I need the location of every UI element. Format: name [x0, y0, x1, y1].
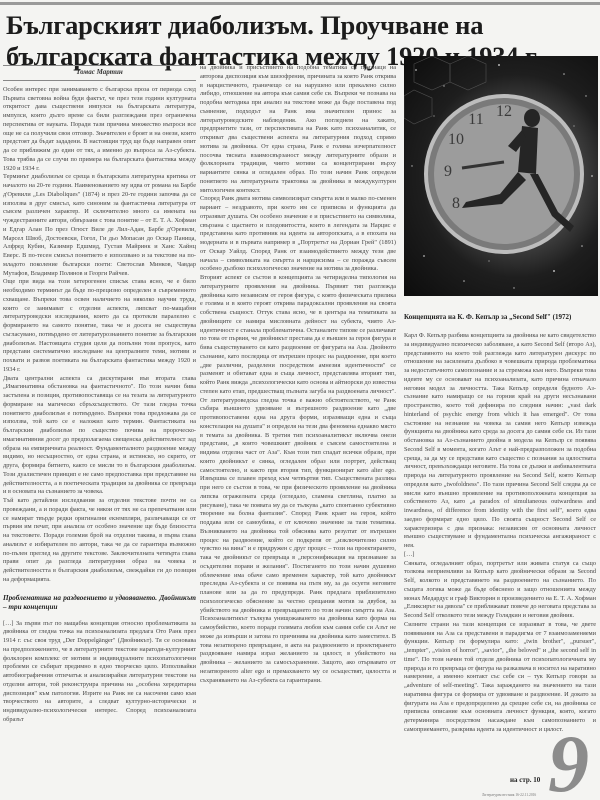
paragraph: Двата централни аспекта са дискутирани в… — [3, 375, 196, 498]
svg-text:11: 11 — [468, 111, 483, 128]
paragraph: Още при вида на този хетерогенен списък … — [3, 278, 196, 374]
section-heading: Проблематика на раздвоението и удвояване… — [3, 594, 196, 612]
column-1: Томас Мартин Особен интерес при занимава… — [3, 64, 196, 725]
paragraph: Вторият аспект се състои в концепцията з… — [200, 274, 396, 685]
clock-runner-illustration: 121110 98 — [404, 56, 598, 296]
article-photo: 121110 98 — [404, 56, 598, 296]
paragraph: […] За първи път по мащабна концепция от… — [3, 620, 196, 725]
photo-caption: Концепцията на К. Ф. Кепълр за „Second S… — [404, 313, 598, 321]
svg-text:10: 10 — [448, 131, 464, 148]
column-3: Карл Ф. Кепълр разбива концепцията за дв… — [404, 332, 596, 735]
column-2: на двойника и присъствието на подобна те… — [200, 64, 396, 685]
paragraph: на двойника и присъствието на подобна те… — [200, 64, 396, 195]
paragraph: Според Ранк двата мотива символизират см… — [200, 195, 396, 274]
paragraph: Сянката, огледалният образ, портретът ил… — [404, 560, 596, 621]
paragraph: Карл Ф. Кепълр разбива концепцията за дв… — [404, 332, 596, 551]
svg-text:12: 12 — [496, 103, 512, 120]
author-byline: Томас Мартин — [76, 68, 123, 76]
publication-footer: Литературен вестник 16-22.11.2016 — [482, 793, 536, 797]
paragraph: Терминът диаболизъм се среща в българска… — [3, 173, 196, 278]
svg-text:9: 9 — [444, 163, 452, 180]
paragraph: Тъй като детайлни изследвания за отделни… — [3, 497, 196, 585]
paragraph: […] — [404, 551, 596, 560]
page-number: 9 — [548, 724, 589, 800]
paragraph: Особен интерес при занимаването с българ… — [3, 86, 196, 174]
continued-on-page-link[interactable]: на стр. 10 — [510, 776, 540, 784]
byline-block: Томас Мартин — [3, 65, 196, 81]
top-rule — [0, 2, 600, 5]
svg-text:8: 8 — [452, 195, 460, 212]
